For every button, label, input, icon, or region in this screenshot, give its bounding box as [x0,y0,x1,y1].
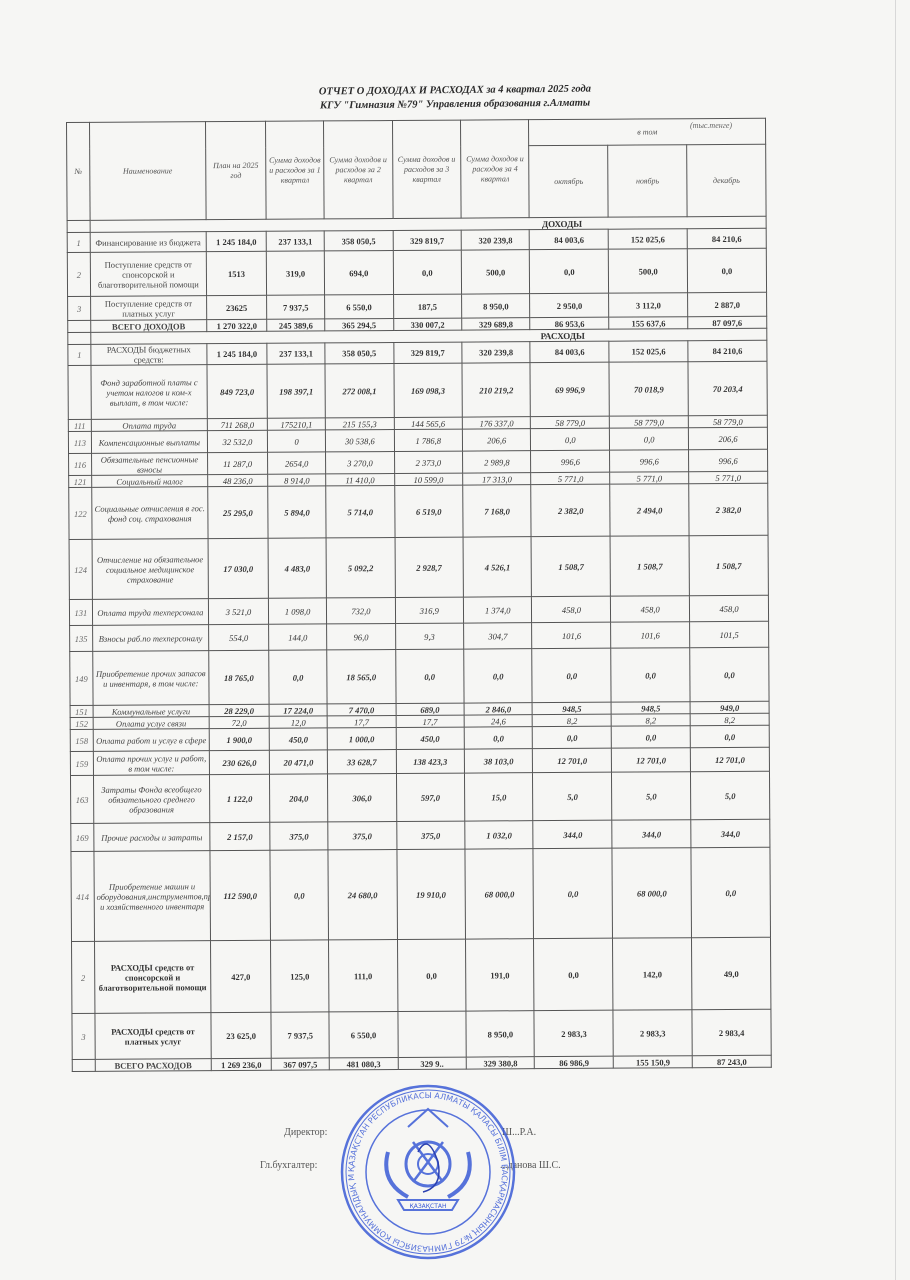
row-value: 2 846,0 [464,703,533,715]
row-value: 1513 [206,251,266,295]
row-value: 1 032,0 [465,821,534,849]
row-code: 3 [68,296,91,320]
row-value: 2 983,3 [534,1010,613,1056]
row-value: 17,7 [327,715,396,727]
row-value: 694,0 [324,251,393,295]
row-value: 142,0 [613,938,692,1010]
row-value: 0,0 [531,428,610,450]
row-name: РАСХОДЫ средств от платных услуг [95,1013,211,1060]
row-value: 138 423,3 [396,749,465,773]
row-value: 458,0 [689,595,768,621]
row-value: 12 701,0 [612,748,691,772]
row-value: 152 025,6 [608,229,687,249]
row-code: 149 [70,651,93,705]
row-code: 121 [69,475,92,487]
row-value: 6 550,0 [329,1011,398,1057]
row-name: Поступление средств от спонсорской и бла… [90,252,206,297]
row-name: Приобретение машин и оборудования,инстру… [94,851,211,942]
row-code [68,365,91,419]
row-value: 5,0 [612,772,691,820]
row-value: 358 050,5 [324,231,393,251]
row-value: 30 538,6 [326,430,395,452]
row-value: 19 910,0 [397,849,466,939]
row-value: 597,0 [396,773,465,821]
row-value: 849 723,0 [207,364,267,418]
row-value: 152 025,6 [609,341,688,362]
row-value: 5 894,0 [268,486,326,538]
row-name: Оплата труда [91,419,207,432]
row-name: Отчисление на обязательное социальное ме… [92,539,209,600]
table-row: 414Приобретение машин и оборудования,инс… [71,847,771,941]
table-row: Фонд заработной платы с учетом налогов и… [68,361,767,419]
row-value: 0,0 [611,648,690,702]
row-value: 732,0 [327,597,396,623]
row-value: 84 210,6 [687,228,766,248]
header-q3: Сумма доходов и расходов за 3 квартал [392,120,461,218]
table-row: 122Социальные отчисления в гос. фонд соц… [69,483,768,539]
row-value: 329 9.. [398,1057,467,1069]
table-row: 3РАСХОДЫ средств от платных услуг23 625,… [72,1009,771,1059]
row-name: Оплата работ и услуг в сфере [93,729,209,752]
document-title: ОТЧЕТ О ДОХОДАХ И РАСХОДАХ за 4 квартал … [250,82,660,114]
row-value: 1 374,0 [463,597,532,623]
row-value: 58 779,0 [610,416,689,428]
row-value: 0,0 [687,248,766,292]
row-name: Финансирование из бюджета [90,232,206,253]
row-value: 33 628,7 [327,749,396,773]
row-value: 7 937,5 [271,1012,329,1058]
row-value: 1 900,0 [209,728,269,750]
row-value: 10 599,0 [394,473,463,485]
row-value: 1 000,0 [327,727,396,749]
row-value: 330 007,2 [393,318,462,330]
row-code: 169 [71,823,94,851]
row-value: 204,0 [270,774,328,822]
row-value: 1 269 236,0 [211,1058,271,1070]
row-value: 12 701,0 [533,748,612,772]
row-value: 3 112,0 [609,293,688,317]
row-value: 0,0 [530,249,609,293]
row-value: 96,0 [327,623,396,649]
row-value: 176 337,0 [462,417,531,429]
row-value: 58 779,0 [688,415,767,427]
row-name: Оплата прочих услуг и работ, в том числе… [93,751,209,776]
row-value: 87 243,0 [692,1055,771,1067]
row-code: 163 [70,775,93,823]
row-value: 72,0 [209,716,269,728]
row-code: 3 [72,1013,95,1059]
header-q4: Сумма доходов и расходов за 4 квартал [461,120,530,218]
row-value: 86 953,6 [530,317,609,329]
row-code: 1 [68,344,91,365]
row-code: 414 [71,851,94,941]
row-code: 116 [69,453,92,475]
row-value: 49,0 [692,937,771,1009]
row-value: 0,0 [690,725,769,747]
row-value: 949,0 [690,701,769,713]
row-value: 12 701,0 [690,747,769,771]
row-name: Социальные отчисления в гос. фонд соц. с… [92,487,208,540]
row-value: 304,7 [464,623,533,649]
row-value: 0,0 [464,649,533,703]
row-value: 87 097,6 [688,316,767,328]
table-body: ДОХОДЫ1Финансирование из бюджета1 245 18… [67,216,771,1071]
row-value: 0,0 [532,648,611,702]
row-value: 23 625,0 [211,1012,271,1058]
row-name: ВСЕГО РАСХОДОВ [95,1059,211,1072]
row-value: 5 771,0 [610,472,689,484]
row-code: 158 [70,729,93,751]
row-value: 711 268,0 [207,418,267,430]
row-code [68,320,91,332]
row-value: 0,0 [464,727,533,749]
row-value: 1 098,0 [269,598,327,624]
row-value: 24 680,0 [328,849,397,939]
row-value: 481 080,3 [329,1057,398,1069]
row-value: 155 637,6 [609,317,688,329]
row-value: 329 689,8 [462,318,531,330]
row-value: 125,0 [271,940,330,1012]
row-value: 8,2 [611,714,690,726]
row-value: 4 483,0 [268,538,326,598]
row-name: Фонд заработной платы с учетом налогов и… [91,365,207,420]
row-value: 24,6 [464,715,533,727]
row-value: 144,0 [269,624,327,650]
row-value: 101,6 [532,622,611,648]
row-value: 84 003,6 [530,341,609,362]
row-value: 2654,0 [268,452,326,474]
row-code: 159 [70,751,93,775]
stamp-emblem-icon: ҚАЗАҚСТАН РЕСПУБЛИКАСЫ АЛМАТЫ ҚАЛАСЫ БІЛ… [338,1082,518,1262]
row-value: 5 714,0 [326,486,395,538]
row-value: 18 565,0 [327,649,396,703]
row-value: 5,0 [533,772,612,820]
row-value: 112 590,0 [210,850,271,940]
row-value: 1 508,7 [689,535,768,595]
row-value: 20 471,0 [269,750,327,774]
row-value: 375,0 [396,821,465,849]
row-value: 11 287,0 [207,452,267,474]
row-value [398,1011,467,1057]
row-value: 320 239,8 [461,230,530,250]
row-value: 69 996,9 [530,362,609,416]
row-value: 101,5 [690,621,769,647]
row-value: 458,0 [611,596,690,622]
row-value: 58 779,0 [531,416,610,428]
table-row: 169Прочие расходы и затраты2 157,0375,03… [71,819,770,851]
header-num: № [67,122,90,220]
row-value: 25 295,0 [208,486,268,538]
row-value: 1 245 184,0 [206,231,266,251]
row-value: 206,6 [688,427,767,449]
header-plan: План на 2025 год [205,121,266,219]
row-code: 1 [67,232,90,252]
row-value: 2 382,0 [531,484,610,536]
row-value: 101,6 [611,622,690,648]
row-value: 1 508,7 [532,536,611,596]
row-value: 2 373,0 [394,451,463,473]
row-value: 689,0 [396,703,465,715]
row-value: 68 000,0 [612,848,691,938]
row-value: 32 532,0 [207,430,267,452]
row-value: 0,0 [533,848,612,938]
row-value: 5,0 [691,771,770,819]
row-value: 329 380,8 [466,1057,535,1069]
row-value: 84 210,6 [688,340,767,361]
header-october: октябрь [529,145,608,217]
row-name: РАСХОДЫ бюджетных средств: [91,344,207,366]
row-value: 2 382,0 [689,483,768,535]
row-value: 2 983,3 [613,1010,692,1056]
row-value: 175210,1 [267,418,325,430]
row-value: 17 224,0 [269,704,327,716]
row-value: 1 245 184,0 [207,343,267,364]
row-value: 237 133,1 [267,343,325,364]
row-value: 68 000,0 [465,849,534,939]
row-value: 0,0 [393,250,462,294]
row-code: 113 [68,431,91,453]
row-value: 948,5 [533,702,612,714]
row-value: 996,6 [531,450,610,472]
row-value: 23625 [207,295,267,319]
header-name: Наименование [89,122,206,221]
row-name: Приобретение прочих запасов и инвентаря,… [93,651,209,706]
row-value: 316,9 [395,597,464,623]
row-value: 2 157,0 [210,822,270,850]
row-value: 17 030,0 [208,538,269,598]
row-value: 319,0 [266,251,324,295]
income-expense-table: № Наименование План на 2025 год Сумма до… [66,118,772,1072]
row-value: 1 270 322,0 [207,319,267,331]
row-value: 4 526,1 [463,537,532,597]
row-value: 6 519,0 [394,485,463,537]
row-name: ВСЕГО ДОХОДОВ [91,320,207,333]
row-value: 198 397,1 [267,364,325,418]
row-value: 9,3 [395,623,464,649]
row-value: 0,0 [691,847,770,937]
official-stamp: ҚАЗАҚСТАН РЕСПУБЛИКАСЫ АЛМАТЫ ҚАЛАСЫ БІЛ… [338,1082,518,1262]
row-value: 2 989,8 [463,451,532,473]
row-value: 375,0 [270,822,328,850]
row-value: 500,0 [609,249,688,293]
row-value: 7 168,0 [463,485,532,537]
row-value: 8,2 [690,713,769,725]
row-code: 131 [69,599,92,625]
row-code: 151 [70,705,93,717]
row-name: Прочие расходы и затраты [94,823,210,852]
row-value: 237 133,1 [266,231,324,251]
row-value: 329 819,7 [393,342,462,363]
row-value: 320 239,8 [462,342,531,363]
header-december: декабрь [687,144,766,216]
row-name: Затраты Фонда всеобщего обязательного ср… [93,775,209,824]
row-value: 12,0 [269,716,327,728]
page-edge [895,0,896,1280]
row-value: 144 565,6 [394,417,463,429]
row-value: 3 521,0 [208,598,268,624]
row-value: 2 983,4 [692,1009,771,1055]
row-code [72,1059,95,1071]
row-value: 0,0 [533,726,612,748]
row-value: 70 018,9 [609,362,688,416]
row-name: Компенсационные выплаты [91,431,207,454]
row-value: 450,0 [269,728,327,750]
row-code: 122 [69,487,92,539]
row-value: 996,6 [689,449,768,471]
table-row: 149Приобретение прочих запасов и инвента… [70,647,769,705]
row-value: 6 550,0 [325,295,394,319]
row-value: 0,0 [269,650,327,704]
row-value: 8 950,0 [462,294,531,318]
header-q1: Сумма доходов и расходов за 1 квартал [266,121,325,219]
row-value: 5 092,2 [326,538,395,598]
row-name: Социальный налог [91,475,207,488]
row-value: 48 236,0 [208,474,268,486]
director-label: Директор: [284,1127,327,1138]
row-value: 365 294,5 [325,319,394,331]
row-value: 230 626,0 [209,750,269,774]
row-value: 0,0 [270,850,329,940]
row-value: 272 008,1 [325,364,394,418]
row-value: 554,0 [209,624,269,650]
row-value: 0,0 [611,726,690,748]
row-value: 8,2 [533,714,612,726]
row-value: 948,5 [611,702,690,714]
row-value: 306,0 [328,773,397,821]
table-row: 163Затраты Фонда всеобщего обязательного… [70,771,769,823]
row-code: 152 [70,717,93,729]
row-name: Оплата труда техперсонала [92,599,208,626]
row-value: 2 928,7 [395,537,464,597]
row-value: 28 229,0 [209,704,269,716]
row-value: 17,7 [396,715,465,727]
row-value: 1 786,8 [394,429,463,451]
row-value: 0,0 [395,649,464,703]
row-value: 344,0 [533,820,612,848]
row-name: Обязательные пенсионные взносы [91,453,207,476]
row-value: 215 155,3 [325,418,394,430]
row-value: 3 270,0 [326,452,395,474]
row-value: 996,6 [610,450,689,472]
row-value: 0,0 [534,938,613,1010]
header-november: ноябрь [608,145,687,217]
row-code: 2 [72,941,95,1013]
row-value: 0 [267,430,325,452]
row-value: 427,0 [210,940,271,1012]
row-name: Взносы раб.по техперсоналу [92,625,208,652]
row-code: 124 [69,539,92,599]
row-value: 155 150,9 [613,1056,692,1068]
svg-text:ҚАЗАҚСТАН: ҚАЗАҚСТАН [409,1203,446,1210]
row-value: 0,0 [610,428,689,450]
row-value: 8 914,0 [268,474,326,486]
row-name: Коммунальные услуги [93,705,209,718]
row-value: 5 771,0 [531,472,610,484]
row-value: 8 950,0 [466,1011,535,1057]
row-value: 1 508,7 [610,536,689,596]
row-value: 500,0 [461,250,530,294]
row-value: 2 950,0 [530,293,609,317]
row-name: РАСХОДЫ средств от спонсорской и благотв… [94,941,211,1014]
row-value: 5 771,0 [689,471,768,483]
row-value: 15,0 [465,773,534,821]
row-value: 210 219,2 [462,363,531,417]
row-value: 187,5 [393,294,462,318]
title-line-2: КГУ "Гимназия №79" Управления образовани… [250,96,660,114]
row-value: 17 313,0 [463,473,532,485]
row-code: 135 [70,625,93,651]
row-value: 11 410,0 [326,474,395,486]
row-value: 329 819,7 [393,230,462,250]
row-value: 344,0 [612,820,691,848]
row-name: Оплата услуг связи [93,717,209,730]
accountant-label: Гл.бухгалтер: [260,1160,317,1171]
row-value: 86 986,9 [535,1056,614,1068]
row-value: 70 203,4 [688,361,767,415]
row-value: 111,0 [329,939,398,1011]
row-value: 84 003,6 [530,229,609,249]
row-value: 375,0 [328,821,397,849]
row-value: 367 097,5 [271,1058,329,1070]
row-name: Поступление средств от платных услуг [90,296,206,321]
header-q2: Сумма доходов и расходов за 2 квартал [324,121,393,219]
row-value: 38 103,0 [464,749,533,773]
row-value: 7 470,0 [327,703,396,715]
row-value: 0,0 [397,939,466,1011]
row-value: 245 389,6 [267,319,325,331]
row-value: 2 887,0 [688,292,767,316]
row-value: 18 765,0 [209,650,269,704]
row-value: 206,6 [462,429,531,451]
row-value: 7 937,5 [267,295,325,319]
row-value: 169 098,3 [394,363,463,417]
row-code: 2 [67,252,90,296]
row-value: 2 494,0 [610,484,689,536]
table-row: 2РАСХОДЫ средств от спонсорской и благот… [72,937,771,1013]
table-row: 2Поступление средств от спонсорской и бл… [67,248,766,296]
row-value: 458,0 [532,596,611,622]
row-value: 191,0 [466,939,535,1011]
row-value: 344,0 [691,819,770,847]
row-code: 111 [68,419,91,431]
row-value: 1 122,0 [209,774,269,822]
row-value: 450,0 [396,727,465,749]
row-value: 358 050,5 [325,343,394,364]
table-row: 124Отчисление на обязательное социальное… [69,535,768,599]
header-including: в том [529,118,766,145]
row-value: 0,0 [690,647,769,701]
